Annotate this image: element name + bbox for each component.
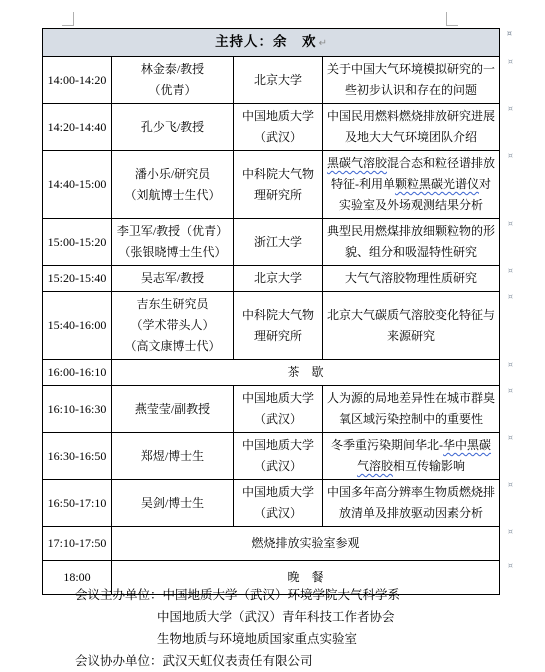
table-row: 15:20-15:40吴志军/教授北京大学大气气溶胶物理性质研究¤ <box>43 266 500 292</box>
speaker-line: （优青） <box>115 80 230 101</box>
title-segment: 颗粒黑碳光谱仪 <box>395 177 479 191</box>
speaker-line: 吴剑/博士生 <box>115 493 230 514</box>
title-cell: 黑碳气溶胶混合态和粒径谱排放特征-利用单颗粒黑碳光谱仪对实验室及外场观测结果分析… <box>323 151 500 219</box>
org-cell: 中国地质大学（武汉） <box>234 104 323 151</box>
speaker-line: 吴志军/教授 <box>115 268 230 289</box>
org-line: （武汉） <box>237 503 319 524</box>
host-cell: 主持人：余 欢↵¤ <box>43 29 500 57</box>
title-cell: 中国民用燃料燃烧排放研究进展及地大大气环境团队介绍¤ <box>323 104 500 151</box>
title-segment: 北京大气碳质气溶胶变化特征与来源研究 <box>327 308 495 343</box>
host-row: 主持人：余 欢↵¤ <box>43 29 500 57</box>
table-row: 16:10-16:30燕莹莹/副教授中国地质大学（武汉）人为源的局地差异性在城市… <box>43 386 500 433</box>
title-cell: 大气气溶胶物理性质研究¤ <box>323 266 500 292</box>
merged-label: 茶 歇 <box>288 365 324 379</box>
row-end-mark-icon: ¤ <box>508 528 513 536</box>
footer-block: 会议主办单位：中国地质大学（武汉）环境学院大气科学系中国地质大学（武汉）青年科技… <box>75 584 400 672</box>
org-line: 中科院大气物 <box>237 164 319 185</box>
text-boundary-mark-left <box>62 12 74 26</box>
org-cell: 北京大学 <box>234 57 323 104</box>
speaker-cell: 孔少飞/教授 <box>112 104 234 151</box>
row-end-mark-icon: ¤ <box>508 293 513 301</box>
org-line: 理研究所 <box>237 326 319 347</box>
speaker-line: 林金泰/教授 <box>115 59 230 80</box>
org-line: 中国地质大学 <box>237 388 319 409</box>
row-end-mark-icon: ¤ <box>508 562 513 570</box>
time-cell: 17:10-17:50 <box>43 527 112 561</box>
speaker-cell: 潘小乐/研究员（刘航博士生代） <box>112 151 234 219</box>
time-cell: 15:20-15:40 <box>43 266 112 292</box>
text-boundary-mark-right <box>446 12 458 26</box>
table-row: 15:00-15:20李卫军/教授（优青）（张银晓博士生代）浙江大学典型民用燃煤… <box>43 219 500 266</box>
org-cell: 中国地质大学（武汉） <box>234 433 323 480</box>
title-cell: 关于中国大气环境模拟研究的一些初步认识和存在的问题¤ <box>323 57 500 104</box>
speaker-cell: 郑煜/博士生 <box>112 433 234 480</box>
title-cell: 北京大气碳质气溶胶变化特征与来源研究¤ <box>323 292 500 360</box>
title-cell: 冬季重污染期间华北-华中黑碳气溶胶相互传输影响¤ <box>323 433 500 480</box>
speaker-cell: 李卫军/教授（优青）（张银晓博士生代） <box>112 219 234 266</box>
merged-cell: 茶 歇¤ <box>112 360 500 386</box>
footer-line: 生物地质与环境地质国家重点实验室 <box>75 628 400 650</box>
speaker-line: （张银晓博士生代） <box>115 242 230 263</box>
footer-line: 会议协办单位：武汉天虹仪表责任有限公司 <box>75 650 400 672</box>
speaker-cell: 吉东生研究员（学术带头人）（高文康博士代） <box>112 292 234 360</box>
row-end-mark-icon: ¤ <box>508 481 513 489</box>
title-cell: 中国多年高分辨率生物质燃烧排放清单及排放驱动因素分析¤ <box>323 480 500 527</box>
title-segment: 大气气溶胶物理性质研究 <box>345 271 477 285</box>
speaker-line: （学术带头人） <box>115 315 230 336</box>
time-cell: 15:40-16:00 <box>43 292 112 360</box>
time-cell: 14:40-15:00 <box>43 151 112 219</box>
time-cell: 16:10-16:30 <box>43 386 112 433</box>
title-segment: 中国民用燃料燃烧排放研究进展及地大大气环境团队介绍 <box>327 109 495 144</box>
table-row: 16:30-16:50郑煜/博士生中国地质大学（武汉）冬季重污染期间华北-华中黑… <box>43 433 500 480</box>
time-cell: 16:00-16:10 <box>43 360 112 386</box>
time-cell: 15:00-15:20 <box>43 219 112 266</box>
footer-line: 会议主办单位：中国地质大学（武汉）环境学院大气科学系 <box>75 584 400 606</box>
org-line: 北京大学 <box>237 268 319 289</box>
org-line: 中国地质大学 <box>237 106 319 127</box>
org-line: 中科院大气物 <box>237 305 319 326</box>
schedule-body: 主持人：余 欢↵¤ 14:00-14:20林金泰/教授（优青）北京大学关于中国大… <box>43 29 500 595</box>
org-line: 中国地质大学 <box>237 435 319 456</box>
org-line: 中国地质大学 <box>237 482 319 503</box>
title-segment: 黑碳气溶胶 <box>327 156 387 170</box>
row-end-mark-icon: ¤ <box>508 267 513 275</box>
merged-label: 晚 餐 <box>288 570 324 584</box>
host-label: 主持人：余 欢 <box>215 34 317 49</box>
org-line: 北京大学 <box>237 70 319 91</box>
title-segment: 关于中国大气环境模拟研究的一些初步认识和存在的问题 <box>327 62 495 97</box>
speaker-cell: 吴剑/博士生 <box>112 480 234 527</box>
row-end-mark-icon: ¤ <box>508 434 513 442</box>
org-line: （武汉） <box>237 456 319 477</box>
table-row: 14:40-15:00潘小乐/研究员（刘航博士生代）中科院大气物理研究所黑碳气溶… <box>43 151 500 219</box>
speaker-line: 吉东生研究员 <box>115 294 230 315</box>
row-end-mark-icon: ¤ <box>508 105 513 113</box>
table-row: 14:20-14:40孔少飞/教授中国地质大学（武汉）中国民用燃料燃烧排放研究进… <box>43 104 500 151</box>
time-cell: 14:00-14:20 <box>43 57 112 104</box>
org-cell: 中国地质大学（武汉） <box>234 480 323 527</box>
table-row: 15:40-16:00吉东生研究员（学术带头人）（高文康博士代）中科院大气物理研… <box>43 292 500 360</box>
title-segment: 相互传输影响 <box>393 459 465 473</box>
row-end-mark-icon: ¤ <box>508 220 513 228</box>
org-line: （武汉） <box>237 409 319 430</box>
org-cell: 中科院大气物理研究所 <box>234 292 323 360</box>
title-cell: 人为源的局地差异性在城市群臭氧区域污染控制中的重要性¤ <box>323 386 500 433</box>
merged-label: 燃烧排放实验室参观 <box>252 536 360 550</box>
document-page: 主持人：余 欢↵¤ 14:00-14:20林金泰/教授（优青）北京大学关于中国大… <box>0 0 545 672</box>
speaker-line: 孔少飞/教授 <box>115 117 230 138</box>
table-row: 16:50-17:10吴剑/博士生中国地质大学（武汉）中国多年高分辨率生物质燃烧… <box>43 480 500 527</box>
time-cell: 16:50-17:10 <box>43 480 112 527</box>
row-end-mark-icon: ¤ <box>508 58 513 66</box>
speaker-line: 李卫军/教授（优青） <box>115 221 230 242</box>
speaker-line: （高文康博士代） <box>115 336 230 357</box>
row-end-mark-icon: ¤ <box>507 30 513 38</box>
time-cell: 14:20-14:40 <box>43 104 112 151</box>
title-segment: 典型民用燃煤排放细颗粒物的形貌、组分和吸湿特性研究 <box>327 224 495 259</box>
title-segment: 中国多年高分辨率生物质燃烧排放清单及排放驱动因素分析 <box>327 485 495 520</box>
org-line: 理研究所 <box>237 185 319 206</box>
org-cell: 中国地质大学（武汉） <box>234 386 323 433</box>
title-cell: 典型民用燃煤排放细颗粒物的形貌、组分和吸湿特性研究¤ <box>323 219 500 266</box>
footer-line: 中国地质大学（武汉）青年科技工作者协会 <box>75 606 400 628</box>
paragraph-mark-icon: ↵ <box>319 38 327 49</box>
merged-cell: 燃烧排放实验室参观¤ <box>112 527 500 561</box>
schedule-table: 主持人：余 欢↵¤ 14:00-14:20林金泰/教授（优青）北京大学关于中国大… <box>42 28 500 595</box>
speaker-line: 潘小乐/研究员 <box>115 164 230 185</box>
title-segment: 冬季重污染期间华北- <box>331 438 443 452</box>
speaker-cell: 燕莹莹/副教授 <box>112 386 234 433</box>
org-line: 浙江大学 <box>237 232 319 253</box>
org-cell: 中科院大气物理研究所 <box>234 151 323 219</box>
org-cell: 浙江大学 <box>234 219 323 266</box>
table-row: 16:00-16:10茶 歇¤ <box>43 360 500 386</box>
speaker-line: 燕莹莹/副教授 <box>115 399 230 420</box>
org-cell: 北京大学 <box>234 266 323 292</box>
speaker-cell: 吴志军/教授 <box>112 266 234 292</box>
title-segment: 人为源的局地差异性在城市群臭氧区域污染控制中的重要性 <box>327 391 495 426</box>
speaker-line: （刘航博士生代） <box>115 185 230 206</box>
speaker-cell: 林金泰/教授（优青） <box>112 57 234 104</box>
time-cell: 16:30-16:50 <box>43 433 112 480</box>
row-end-mark-icon: ¤ <box>508 361 513 369</box>
table-row: 14:00-14:20林金泰/教授（优青）北京大学关于中国大气环境模拟研究的一些… <box>43 57 500 104</box>
row-end-mark-icon: ¤ <box>508 152 513 160</box>
table-row: 17:10-17:50燃烧排放实验室参观¤ <box>43 527 500 561</box>
row-end-mark-icon: ¤ <box>508 387 513 395</box>
org-line: （武汉） <box>237 127 319 148</box>
speaker-line: 郑煜/博士生 <box>115 446 230 467</box>
